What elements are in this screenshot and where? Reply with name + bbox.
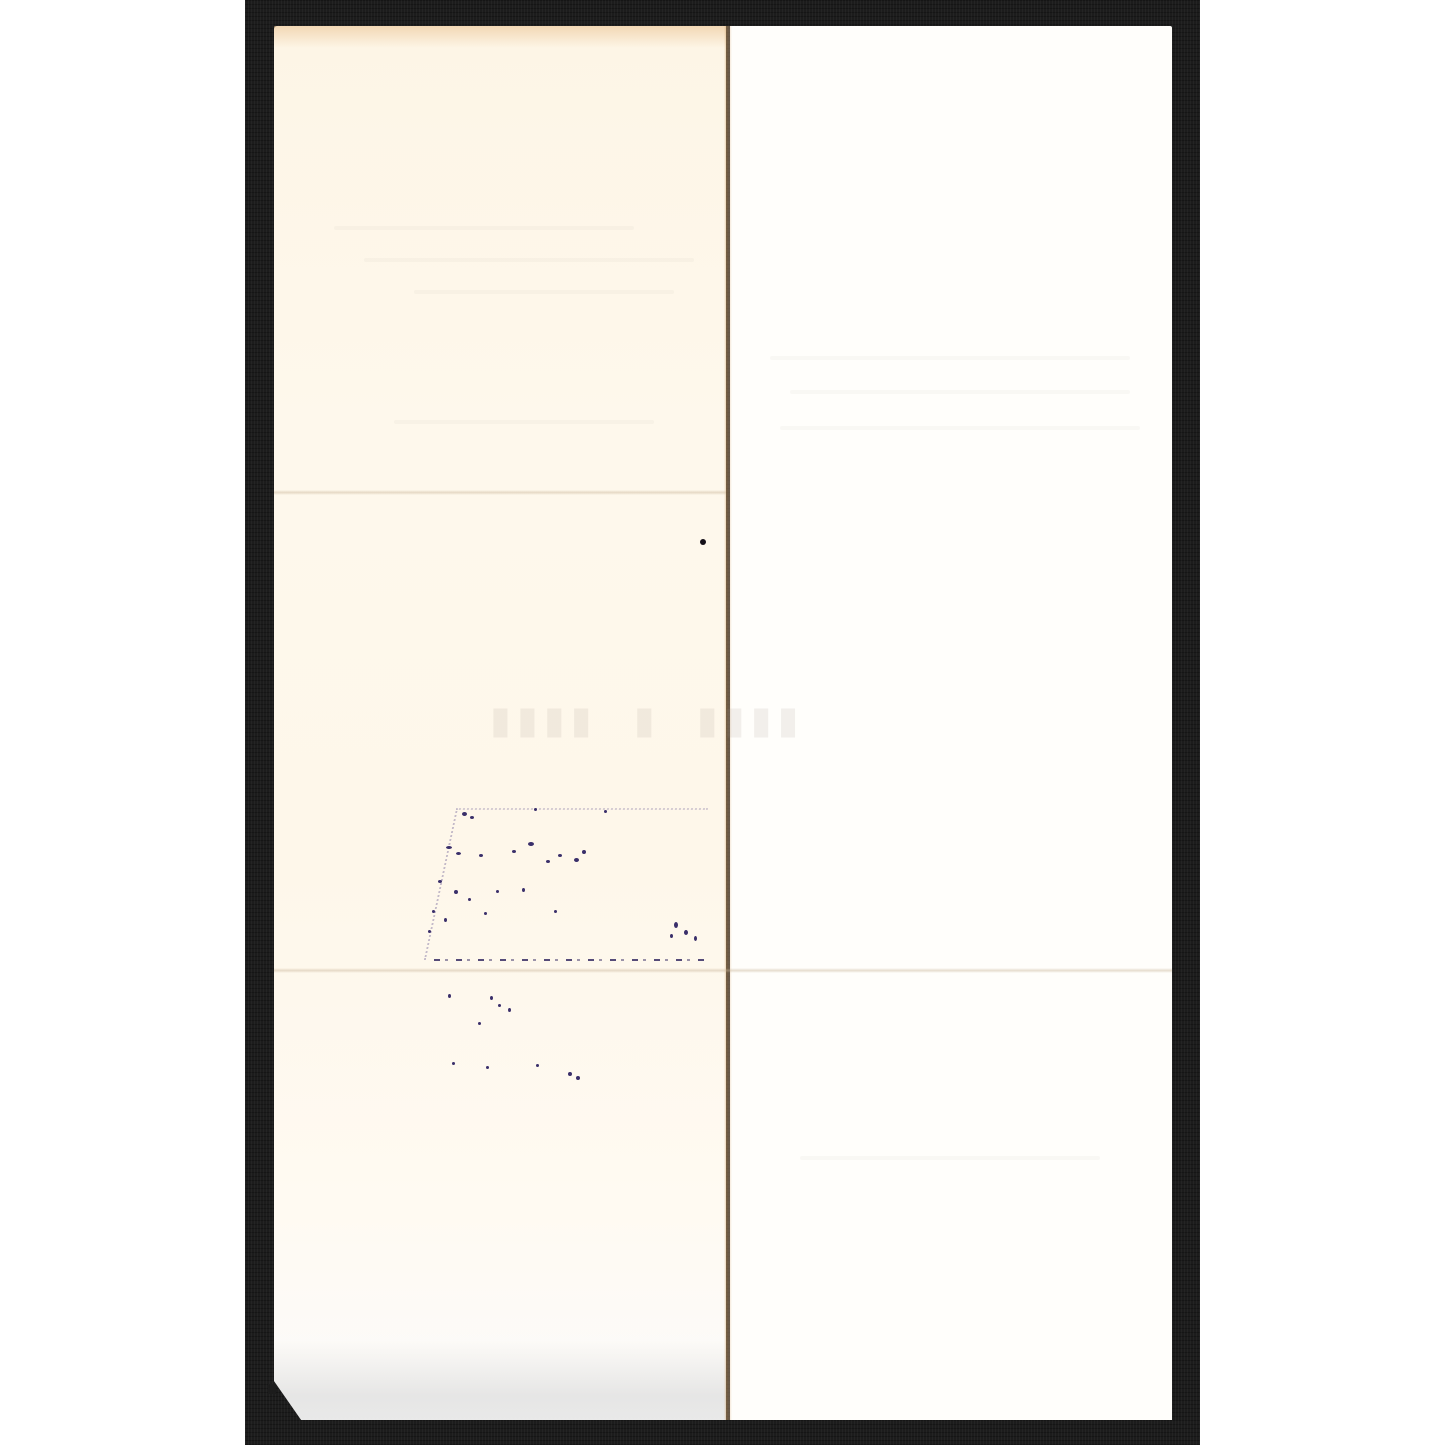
- ink-spot: small black ink spot: [700, 539, 706, 545]
- document-sheet: Reverse side of a folded antique paper d…: [274, 26, 1172, 1420]
- faded-purple-stamp: faded dotted purple ink stamp, illegible: [424, 794, 704, 1094]
- stamp-outline: [424, 808, 708, 960]
- corner-shadow: [268, 1384, 276, 1394]
- faint-show-through-line: [770, 356, 1130, 360]
- horizontal-fold-crease-upper: [274, 490, 726, 495]
- faint-show-through-line: [414, 290, 674, 294]
- faint-show-through-line: [364, 258, 694, 262]
- faint-show-through-line: [800, 1156, 1100, 1160]
- faint-show-through-line: [780, 426, 1140, 430]
- faint-show-through-line: [394, 420, 654, 424]
- stamp-rule-line: [434, 959, 706, 961]
- horizontal-fold-crease-lower: [274, 968, 1172, 973]
- faint-show-through-line: [790, 390, 1130, 394]
- faint-show-through-line: [334, 226, 634, 230]
- bleed-through-date-line: illegible mirrored date line (show-throu…: [484, 698, 799, 742]
